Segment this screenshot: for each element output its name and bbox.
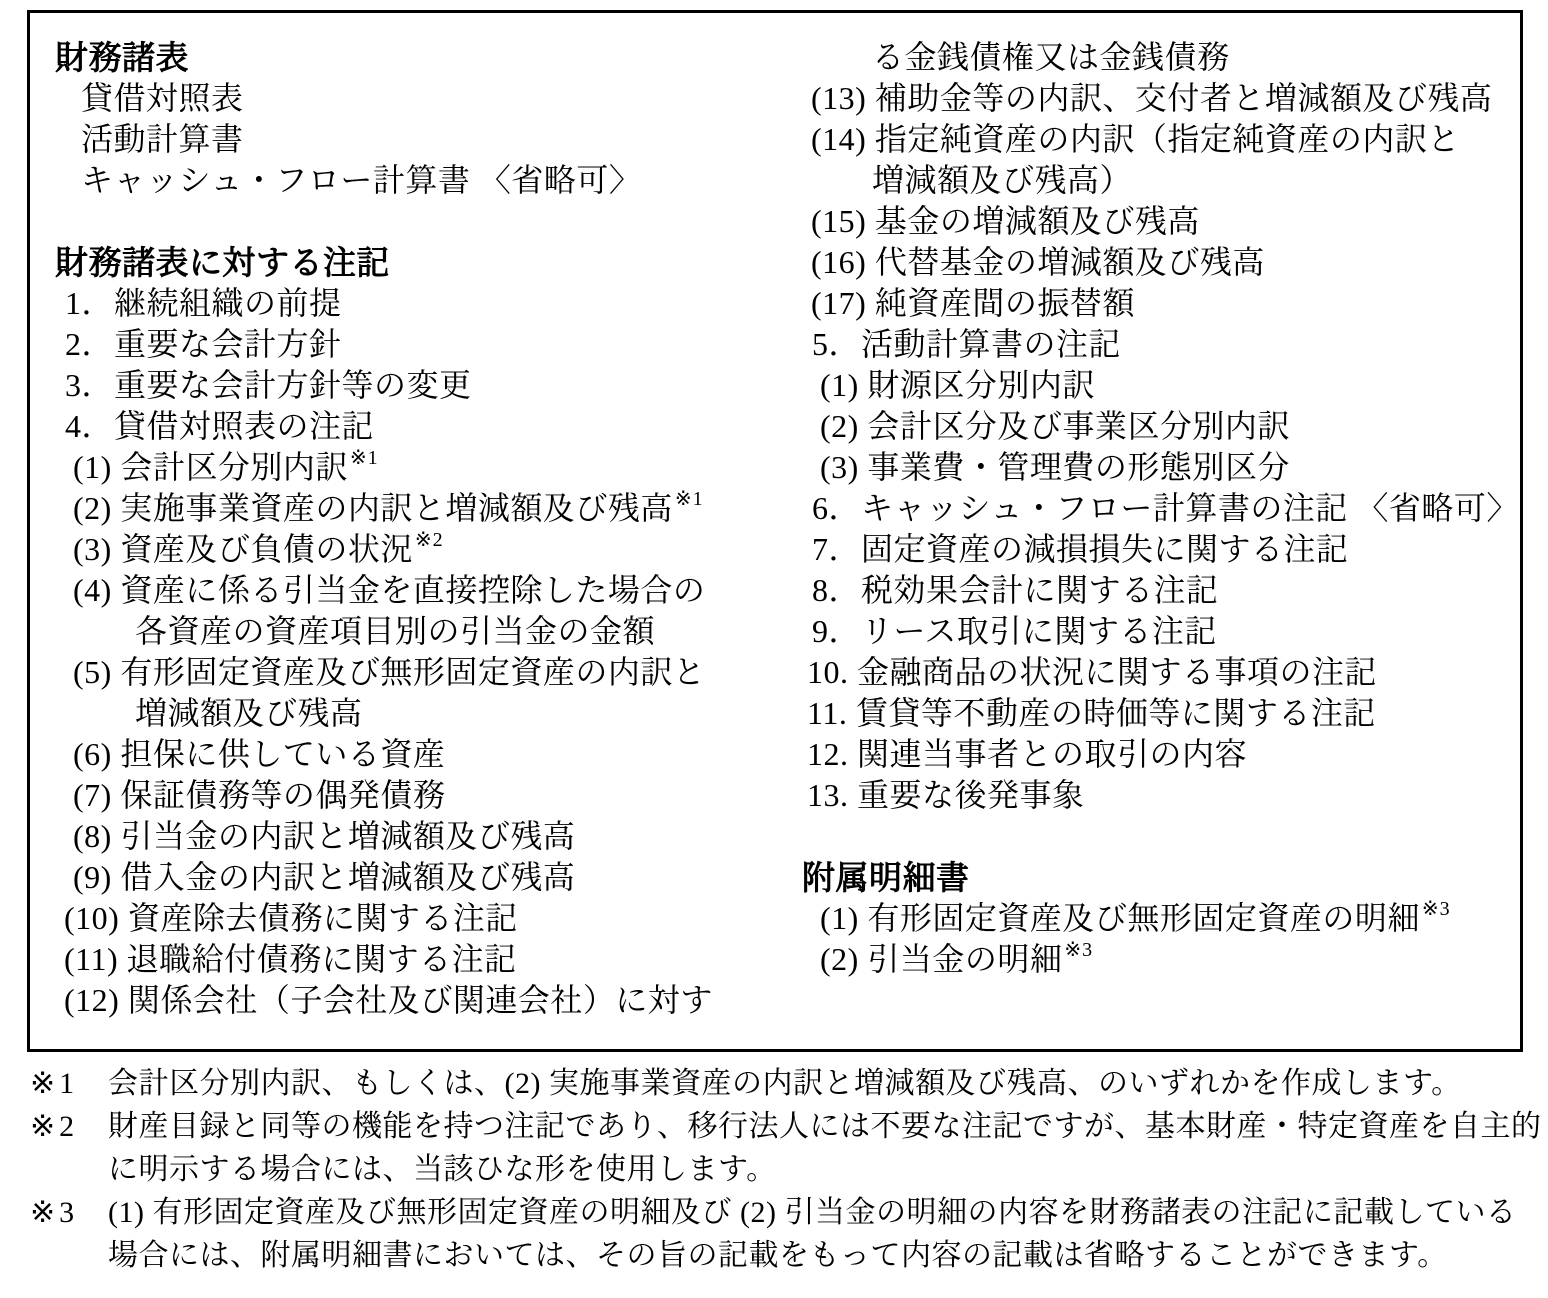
toc-item-text: 12. 関連当事者との取引の内容 [807,736,1247,772]
toc-item-text: (17) 純資産間の振替額 [811,285,1135,321]
toc-item: (2) 引当金の明細※3 [802,939,1520,980]
toc-item: キャッシュ・フロー計算書 〈省略可〉 [55,160,802,201]
toc-item-text: 増減額及び残高） [872,162,1132,198]
toc-item: (16) 代替基金の増減額及び残高 [802,242,1520,283]
toc-item: (3) 資産及び負債の状況※2 [55,529,802,570]
footnote-text: 財産目録と同等の機能を持つ注記であり、移行法人には不要な注記ですが、基本財産・特… [108,1105,1542,1191]
toc-item: 7．固定資産の減損損失に関する注記 [802,529,1520,570]
footnote: ※3(1) 有形固定資産及び無形固定資産の明細及び (2) 引当金の明細の内容を… [30,1191,1542,1277]
toc-item: 8．税効果会計に関する注記 [802,570,1520,611]
toc-item-text: (1) 財源区分別内訳 [820,367,1095,403]
section-heading: 附属明細書 [802,857,1520,898]
footnote: ※2財産目録と同等の機能を持つ注記であり、移行法人には不要な注記ですが、基本財産… [30,1105,1542,1191]
toc-item-text: 2．重要な会計方針 [65,326,342,362]
toc-item-text: (2) 実施事業資産の内訳と増減額及び残高 [73,490,673,526]
toc-item-continuation: 増減額及び残高 [55,693,802,734]
toc-item: (1) 有形固定資産及び無形固定資産の明細※3 [802,898,1520,939]
toc-item: (1) 財源区分別内訳 [802,365,1520,406]
toc-item: (15) 基金の増減額及び残高 [802,201,1520,242]
toc-item-text: (14) 指定純資産の内訳（指定純資産の内訳と [811,121,1460,157]
section-heading: 財務諸表に対する注記 [55,242,802,283]
toc-item-text: (1) 会計区分別内訳 [73,449,348,485]
toc-item-text: 財務諸表 [55,39,189,76]
note-reference: ※3 [1062,939,1093,961]
toc-item: (1) 会計区分別内訳※1 [55,447,802,488]
right-column: る金銭債権又は金銭債務(13) 補助金等の内訳、交付者と増減額及び残高(14) … [802,37,1520,1049]
toc-item-text: (5) 有形固定資産及び無形固定資産の内訳と [73,654,705,690]
toc-item: (12) 関係会社（子会社及び関連会社）に対す [55,980,802,1021]
toc-item-text: (12) 関係会社（子会社及び関連会社）に対す [64,982,713,1018]
note-reference: ※3 [1420,898,1451,920]
left-column: 財務諸表貸借対照表活動計算書キャッシュ・フロー計算書 〈省略可〉財務諸表に対する… [30,37,802,1049]
toc-item: (6) 担保に供している資産 [55,734,802,775]
toc-item: 5．活動計算書の注記 [802,324,1520,365]
toc-item: (3) 事業費・管理費の形態別区分 [802,447,1520,488]
toc-item-continuation: 増減額及び残高） [802,160,1520,201]
toc-item: (8) 引当金の内訳と増減額及び残高 [55,816,802,857]
footnote-text: 会計区分別内訳、もしくは、(2) 実施事業資産の内訳と増減額及び残高、のいずれか… [108,1062,1542,1105]
toc-item-text: 6．キャッシュ・フロー計算書の注記 〈省略可〉 [812,490,1519,526]
toc-item: 1．継続組織の前提 [55,283,802,324]
toc-item: 活動計算書 [55,119,802,160]
note-reference: ※2 [413,529,444,551]
toc-item: 10. 金融商品の状況に関する事項の注記 [802,652,1520,693]
toc-item-text: る金銭債権又は金銭債務 [872,39,1230,75]
toc-item-text: 10. 金融商品の状況に関する事項の注記 [807,654,1377,690]
footnote-text: (1) 有形固定資産及び無形固定資産の明細及び (2) 引当金の明細の内容を財務… [108,1191,1542,1277]
toc-item: (13) 補助金等の内訳、交付者と増減額及び残高 [802,78,1520,119]
toc-item-text: 4．貸借対照表の注記 [65,408,374,444]
toc-item-text: 貸借対照表 [81,80,244,116]
blank-spacer [55,201,802,242]
blank-spacer [802,816,1520,857]
toc-item-text: 13. 重要な後発事象 [807,777,1085,813]
toc-item-text: 8．税効果会計に関する注記 [812,572,1219,608]
toc-item: (2) 実施事業資産の内訳と増減額及び残高※1 [55,488,802,529]
toc-item: (17) 純資産間の振替額 [802,283,1520,324]
toc-item-text: 1．継続組織の前提 [65,285,342,321]
toc-item-text: 11. 賃貸等不動産の時価等に関する注記 [807,695,1376,731]
toc-item: 9．リース取引に関する注記 [802,611,1520,652]
toc-item: (11) 退職給付債務に関する注記 [55,939,802,980]
toc-item-text: (8) 引当金の内訳と増減額及び残高 [73,818,575,854]
toc-item-text: (11) 退職給付債務に関する注記 [64,941,517,977]
footnotes-section: ※1会計区分別内訳、もしくは、(2) 実施事業資産の内訳と増減額及び残高、のいず… [30,1062,1542,1277]
toc-item: (4) 資産に係る引当金を直接控除した場合の [55,570,802,611]
toc-item: (10) 資産除去債務に関する注記 [55,898,802,939]
toc-item-text: (10) 資産除去債務に関する注記 [64,900,518,936]
toc-item-text: (13) 補助金等の内訳、交付者と増減額及び残高 [811,80,1492,116]
toc-item: (2) 会計区分及び事業区分別内訳 [802,406,1520,447]
toc-item: 6．キャッシュ・フロー計算書の注記 〈省略可〉 [802,488,1520,529]
toc-item: (7) 保証債務等の偶発債務 [55,775,802,816]
toc-item: 13. 重要な後発事象 [802,775,1520,816]
toc-item-text: (7) 保証債務等の偶発債務 [73,777,445,813]
toc-item-text: (2) 引当金の明細 [820,941,1062,977]
toc-item-text: 9．リース取引に関する注記 [812,613,1217,649]
toc-item-text: 活動計算書 [81,121,244,157]
toc-item-text: (6) 担保に供している資産 [73,736,445,772]
toc-item-text: 5．活動計算書の注記 [812,326,1121,362]
footnote-marker: ※3 [30,1191,108,1277]
toc-item-text: (3) 事業費・管理費の形態別区分 [820,449,1290,485]
toc-item-text: 財務諸表に対する注記 [55,244,390,281]
note-reference: ※1 [673,488,704,510]
toc-item: 3．重要な会計方針等の変更 [55,365,802,406]
toc-item-text: (4) 資産に係る引当金を直接控除した場合の [73,572,705,608]
toc-item-text: (15) 基金の増減額及び残高 [811,203,1200,239]
toc-item: 12. 関連当事者との取引の内容 [802,734,1520,775]
note-reference: ※1 [348,447,379,469]
toc-item: (5) 有形固定資産及び無形固定資産の内訳と [55,652,802,693]
toc-item-text: (2) 会計区分及び事業区分別内訳 [820,408,1290,444]
toc-item: (9) 借入金の内訳と増減額及び残高 [55,857,802,898]
toc-item: (14) 指定純資産の内訳（指定純資産の内訳と [802,119,1520,160]
footnote-marker: ※2 [30,1105,108,1191]
toc-item-text: 3．重要な会計方針等の変更 [65,367,472,403]
toc-item: 2．重要な会計方針 [55,324,802,365]
toc-item-continuation: る金銭債権又は金銭債務 [802,37,1520,78]
toc-item-text: キャッシュ・フロー計算書 〈省略可〉 [81,162,641,198]
toc-item-text: (16) 代替基金の増減額及び残高 [811,244,1265,280]
toc-item-continuation: 各資産の資産項目別の引当金の金額 [55,611,802,652]
footnote-marker: ※1 [30,1062,108,1105]
toc-item-text: (1) 有形固定資産及び無形固定資産の明細 [820,900,1420,936]
footnote: ※1会計区分別内訳、もしくは、(2) 実施事業資産の内訳と増減額及び残高、のいず… [30,1062,1542,1105]
toc-item: 貸借対照表 [55,78,802,119]
contents-box: 財務諸表貸借対照表活動計算書キャッシュ・フロー計算書 〈省略可〉財務諸表に対する… [27,10,1523,1052]
toc-item-text: (9) 借入金の内訳と増減額及び残高 [73,859,575,895]
toc-item-text: 附属明細書 [802,859,970,896]
section-heading: 財務諸表 [55,37,802,78]
toc-item-text: (3) 資産及び負債の状況 [73,531,413,567]
toc-item-text: 7．固定資産の減損損失に関する注記 [812,531,1349,567]
document-page: 財務諸表貸借対照表活動計算書キャッシュ・フロー計算書 〈省略可〉財務諸表に対する… [0,0,1548,1298]
toc-item-text: 増減額及び残高 [135,695,363,731]
toc-item: 11. 賃貸等不動産の時価等に関する注記 [802,693,1520,734]
toc-item-text: 各資産の資産項目別の引当金の金額 [135,613,655,649]
toc-item: 4．貸借対照表の注記 [55,406,802,447]
